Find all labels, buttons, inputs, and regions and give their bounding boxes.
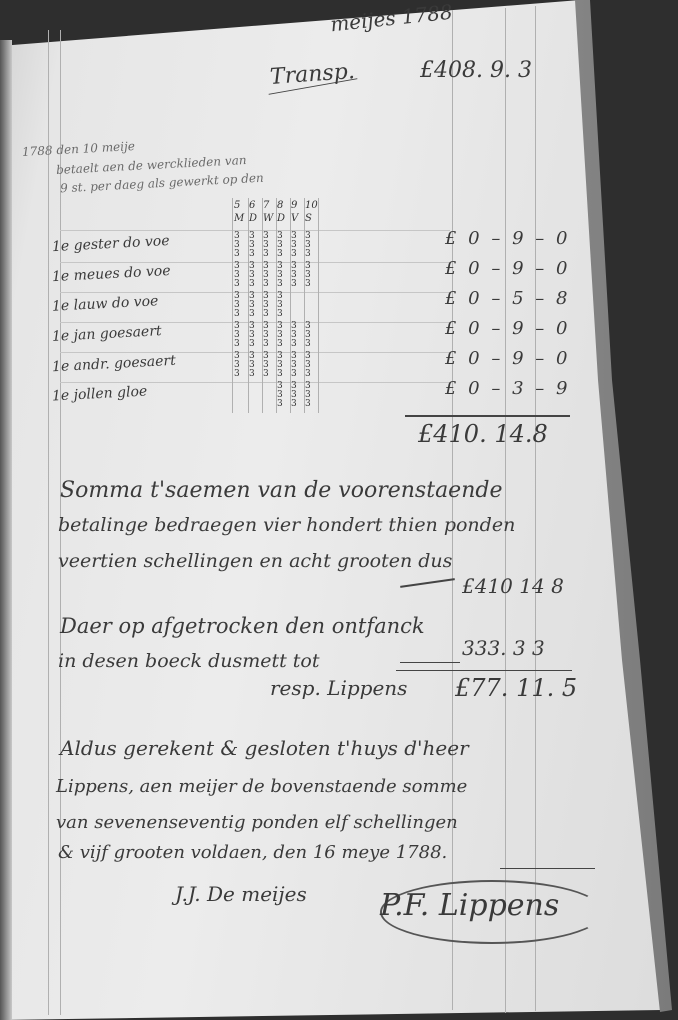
ruling-amount-col-2 <box>505 8 506 1013</box>
day-letter-header: D <box>249 213 257 224</box>
tally-mark: 333 <box>234 292 242 319</box>
tally-mark: 333 <box>234 262 242 289</box>
tally-mark: 333 <box>263 232 271 259</box>
table-total: £410. 14.8 <box>418 420 548 448</box>
tally-grid-line <box>232 198 233 413</box>
row-amount: £ 0 – 9 – 0 <box>445 258 570 279</box>
tally-mark: 333 <box>291 262 299 289</box>
tally-mark: 333 <box>263 322 271 349</box>
tally-mark: 333 <box>277 232 285 259</box>
tally-mark: 333 <box>263 262 271 289</box>
tally-mark: 333 <box>249 352 257 379</box>
tally-mark: 333 <box>234 352 242 379</box>
row-amount: £ 0 – 9 – 0 <box>445 318 570 339</box>
tally-mark: 333 <box>277 382 285 409</box>
tally-mark: 333 <box>249 322 257 349</box>
day-letter-header: D <box>277 213 285 224</box>
tally-mark: 333 <box>305 352 313 379</box>
day-number-header: 9 <box>291 200 297 211</box>
tally-mark: 333 <box>277 292 285 319</box>
deduction-line-1: Daer op afgetrocken den ontfanck <box>60 614 425 638</box>
tally-mark: 333 <box>249 232 257 259</box>
signature-lippens: P.F. Lippens <box>380 888 559 923</box>
tally-mark: 333 <box>263 292 271 319</box>
table-total-rule <box>405 415 570 417</box>
tally-mark: 333 <box>291 352 299 379</box>
day-letter-header: W <box>263 213 273 224</box>
row-amount: £ 0 – 5 – 8 <box>445 288 570 309</box>
closing-line-1: Aldus gerekent & gesloten t'huys d'heer <box>60 736 469 760</box>
deduction-line-2: in desen boeck dusmett tot <box>58 650 320 672</box>
book-binding <box>0 40 12 1020</box>
signature-de-meijes: J.J. De meijes <box>175 882 307 906</box>
transport-amount: £408. 9. 3 <box>420 58 532 83</box>
day-letter-header: S <box>305 213 312 224</box>
tally-mark: 333 <box>291 232 299 259</box>
tally-mark: 333 <box>263 352 271 379</box>
tally-mark: 333 <box>305 232 313 259</box>
deduction-lead-stroke <box>400 662 460 663</box>
day-number-header: 10 <box>305 200 318 211</box>
day-number-header: 7 <box>263 200 269 211</box>
tally-mark: 333 <box>234 322 242 349</box>
tally-grid-line <box>318 198 319 413</box>
balance-label: resp. Lippens <box>270 676 407 700</box>
tally-mark: 333 <box>305 322 313 349</box>
row-amount: £ 0 – 9 – 0 <box>445 228 570 249</box>
tally-mark: 333 <box>305 382 313 409</box>
row-amount: £ 0 – 9 – 0 <box>445 348 570 369</box>
summary-line-2: betalinge bedraegen vier hondert thien p… <box>58 514 515 536</box>
closing-line-4: & vijf grooten voldaen, den 16 meye 1788… <box>58 842 447 863</box>
tally-mark: 333 <box>277 262 285 289</box>
summary-amount: £410 14 8 <box>462 574 564 598</box>
closing-line-2: Lippens, aen meijer de bovenstaende somm… <box>56 776 467 797</box>
table-ruling <box>60 382 450 383</box>
tally-mark: 333 <box>305 262 313 289</box>
day-letter-header: M <box>234 213 244 224</box>
tally-mark: 333 <box>277 322 285 349</box>
balance-amount: £77. 11. 5 <box>455 674 577 702</box>
deduction-amount: 333. 3 3 <box>462 636 545 660</box>
summary-line-3: veertien schellingen en acht grooten dus <box>58 550 452 572</box>
ruling-amount-col-3 <box>535 6 536 1011</box>
tally-mark: 333 <box>249 292 257 319</box>
ruling-amount-col-1 <box>452 10 453 1010</box>
tally-mark: 333 <box>291 382 299 409</box>
day-number-header: 6 <box>249 200 255 211</box>
tally-mark: 333 <box>291 322 299 349</box>
tally-mark: 333 <box>234 232 242 259</box>
day-letter-header: V <box>291 213 298 224</box>
ruling-margin-left <box>48 30 49 1015</box>
closing-line-3: van sevenenseventig ponden elf schelling… <box>56 812 458 833</box>
deduction-rule <box>396 670 572 671</box>
summary-line-1: Somma t'saemen van de voorenstaende <box>60 478 502 503</box>
date-underline <box>500 868 595 869</box>
day-number-header: 5 <box>234 200 240 211</box>
row-amount: £ 0 – 3 – 9 <box>445 378 570 399</box>
day-number-header: 8 <box>277 200 283 211</box>
tally-mark: 333 <box>277 352 285 379</box>
tally-mark: 333 <box>249 262 257 289</box>
